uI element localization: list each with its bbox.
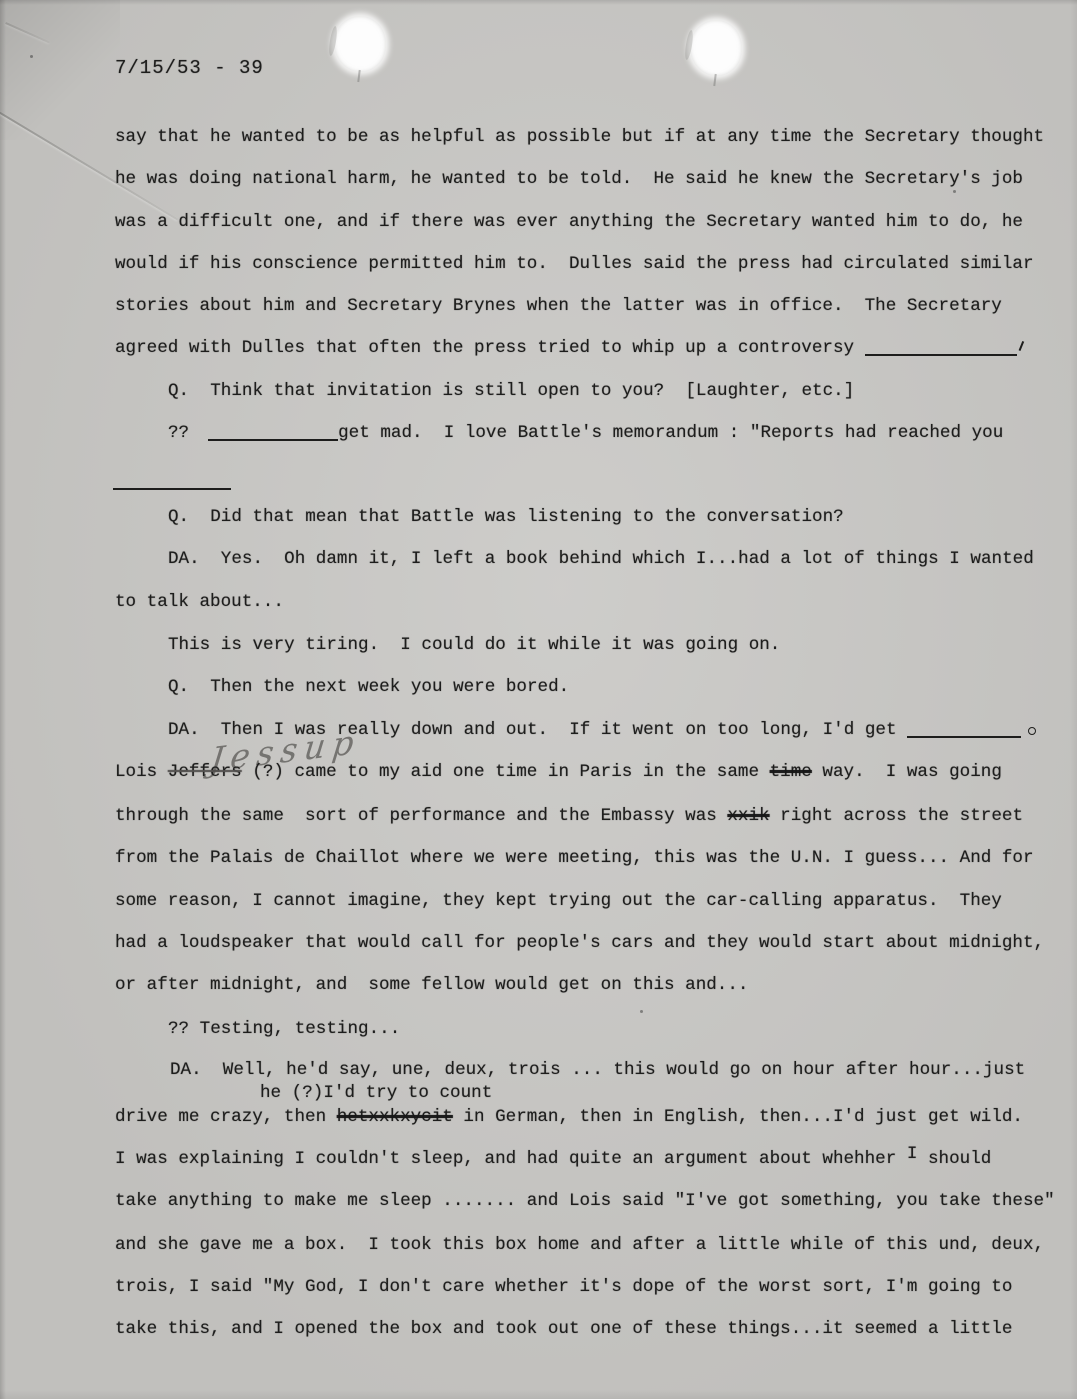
struck-word: Jeffers [168,762,242,782]
line-text: ?? [168,423,189,443]
raised-character: I [907,1143,918,1165]
typed-line: from the Palais de Chaillot where we wer… [115,847,1034,869]
typed-line: Q. Think that invitation is still open t… [168,380,854,402]
typed-line: ??get mad. I love Battle's memorandum : … [168,422,1003,444]
struck-word: xxik [727,806,769,826]
line-text: get mad. I love Battle's memorandum : "R… [338,423,1003,443]
typed-line: I was explaining I couldn't sleep, and h… [115,1148,991,1170]
line-text: in German, then in English, then...I'd j… [453,1107,1023,1127]
typed-line: drive me crazy, then hetxxkxycit in Germ… [115,1106,1023,1128]
struck-word: hetxxkxycit [337,1107,453,1127]
typed-line-insertion: he (?)I'd try to count [260,1082,492,1104]
hole-punch [334,16,386,72]
page-date: 7/15/53 - 39 [115,57,264,79]
paper-speck [640,1010,643,1013]
typed-line: had a loudspeaker that would call for pe… [115,932,1044,954]
typed-line: stories about him and Secretary Brynes w… [115,295,1002,317]
scanned-document-page: 7/15/53 - 39 say that he wanted to be as… [0,0,1077,1399]
tick-mark [1018,341,1024,351]
typed-line: take anything to make me sleep ....... a… [115,1190,1055,1212]
typed-line: through the same sort of performance and… [115,805,1023,827]
blank-underline [907,724,1021,738]
typed-line: DA. Well, he'd say, une, deux, trois ...… [170,1059,1025,1081]
hole-punch [690,20,742,76]
line-text: (?) came to my aid one time in Paris in … [242,762,770,782]
line-text: right across the street [770,806,1023,826]
typed-line: and she gave me a box. I took this box h… [115,1234,1044,1256]
typed-line: Q. Did that mean that Battle was listeni… [168,506,844,528]
typed-line: was a difficult one, and if there was ev… [115,211,1023,233]
corner-shade [0,0,120,140]
line-text: through the same sort of performance and… [115,806,727,826]
line-text: Lois [115,762,168,782]
typed-line: Q. Then the next week you were bored. [168,676,569,698]
typed-line: This is very tiring. I could do it while… [168,634,780,656]
paper-speck [953,190,956,193]
blank-underline [865,342,1017,356]
blank-underline [113,476,231,490]
typed-line: or after midnight, and some fellow would… [115,974,748,996]
typed-line: trois, I said "My God, I don't care whet… [115,1276,1012,1298]
blank-underline [208,427,338,441]
typed-line: take this, and I opened the box and took… [115,1318,1012,1340]
line-text: should [917,1149,991,1169]
line-text: I was explaining I couldn't sleep, and h… [115,1149,907,1169]
line-text: drive me crazy, then [115,1107,337,1127]
typed-line [113,471,231,493]
paper-speck [30,55,33,58]
typed-line: some reason, I cannot imagine, they kept… [115,890,1002,912]
typed-line: agreed with Dulles that often the press … [115,337,1022,359]
line-text: agreed with Dulles that often the press … [115,338,865,358]
typed-line: say that he wanted to be as helpful as p… [115,126,1044,148]
typed-line: DA. Yes. Oh damn it, I left a book behin… [168,548,1034,570]
line-text: way. I was going [812,762,1002,782]
ring-period [1028,727,1036,735]
typed-line: would if his conscience permitted him to… [115,253,1034,275]
typed-line: he was doing national harm, he wanted to… [115,168,1023,190]
typed-line: Lois Jeffers (?) came to my aid one time… [115,761,1002,783]
struck-word: time [770,762,812,782]
typed-line: ?? Testing, testing... [168,1018,400,1040]
typed-line: to talk about... [115,591,284,613]
